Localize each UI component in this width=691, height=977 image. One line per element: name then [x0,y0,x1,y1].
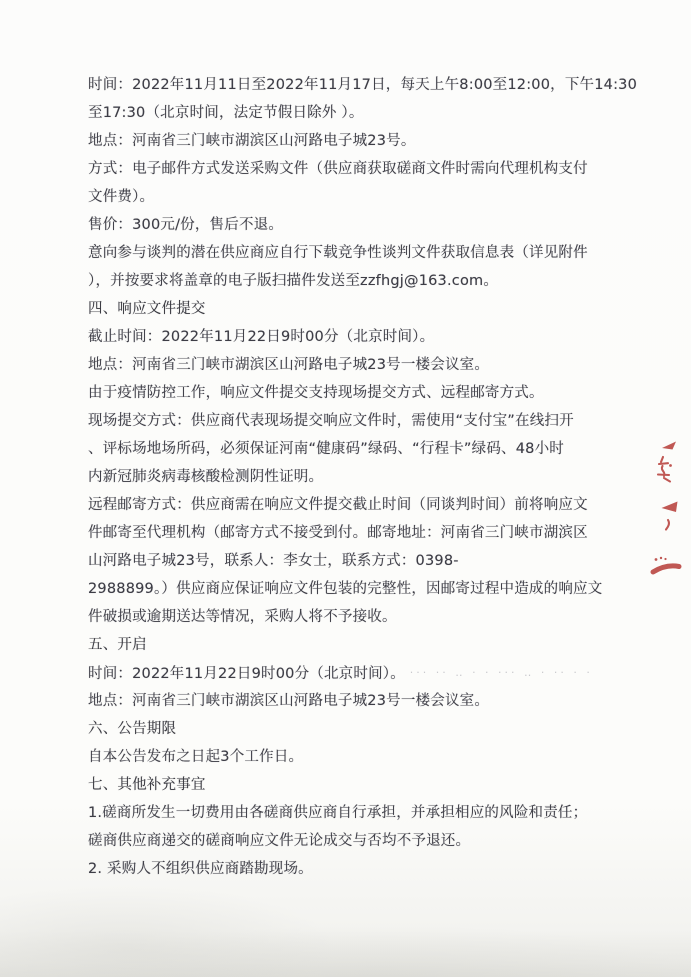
text-line: 地点：河南省三门峡市湖滨区山河路电子城23号一楼会议室。 [88,687,660,715]
document-text-block: 时间：2022年11月11日至2022年11月17日，每天上午8:00至12:0… [88,71,660,883]
text-line: 件破损或逾期送达等情况，采购人将不予接收。 [88,603,660,631]
text-line: 自本公告发布之日起3个工作日。 [88,743,660,771]
text-line: 地点：河南省三门峡市湖滨区山河路电子城23号一楼会议室。 [88,351,660,379]
text-line: ），并按要求将盖章的电子版扫描件发送至zzfhgj@163.com。 [88,267,660,295]
text-line: 1.磋商所发生一切费用由各磋商供应商自行承担，并承担相应的风险和责任； [88,799,660,827]
text-line: 方式：电子邮件方式发送采购文件（供应商获取磋商文件时需向代理机构支付 [88,155,660,183]
text-line: 时间：2022年11月11日至2022年11月17日，每天上午8:00至12:0… [88,71,660,99]
text-line: 内新冠肺炎病毒核酸检测阴性证明。 [88,463,660,491]
text-line: 现场提交方式：供应商代表现场提交响应文件时，需使用“支付宝”在线扫开 [88,407,660,435]
text-line: 件邮寄至代理机构（邮寄方式不接受到付。邮寄地址：河南省三门峡市湖滨区 [88,519,660,547]
text-line: 、评标场地场所码，必须保证河南“健康码”绿码、“行程卡”绿码、48小时 [88,435,660,463]
text-line: 山河路电子城23号，联系人：李女士，联系方式：0398- [88,547,660,575]
text-line: 远程邮寄方式：供应商需在响应文件提交截止时间（同谈判时间）前将响应文 [88,491,660,519]
text-line: 售价：300元/份，售后不退。 [88,211,660,239]
text-line: 截止时间：2022年11月22日9时00分（北京时间）。 [88,323,660,351]
section-heading: 七、其他补充事宜 [88,771,660,799]
scanned-document-page: 时间：2022年11月11日至2022年11月17日，每天上午8:00至12:0… [0,0,691,977]
text-line: 2. 采购人不组织供应商踏勘现场。 [88,855,660,883]
text-line: 时间：2022年11月22日9时00分（北京时间）。 ··· ·· ‥ · · … [88,659,660,687]
text-line: 地点：河南省三门峡市湖滨区山河路电子城23号。 [88,127,660,155]
text-line: 由于疫情防控工作，响应文件提交支持现场提交方式、远程邮寄方式。 [88,379,660,407]
scan-shadow [0,931,691,977]
faded-scan-dots: ··· ·· ‥ · · ··· ‥ · ·· · · [410,666,593,679]
text-line: 2988899。）供应商应保证响应文件包装的完整性，因邮寄过程中造成的响应文 [88,575,660,603]
text-line: 磋商供应商递交的磋商响应文件无论成交与否均不予退还。 [88,827,660,855]
section-heading: 五、开启 [88,631,660,659]
text-line: 文件费）。 [88,183,660,211]
section-heading: 四、响应文件提交 [88,295,660,323]
section-heading: 六、公告期限 [88,715,660,743]
text-line: 至17:30（北京时间，法定节假日除外 ）。 [88,99,660,127]
red-ink-marks [648,438,691,583]
text-line-content: 时间：2022年11月22日9时00分（北京时间）。 [88,666,405,682]
text-line: 意向参与谈判的潜在供应商应自行下载竞争性谈判文件获取信息表（详见附件 [88,239,660,267]
